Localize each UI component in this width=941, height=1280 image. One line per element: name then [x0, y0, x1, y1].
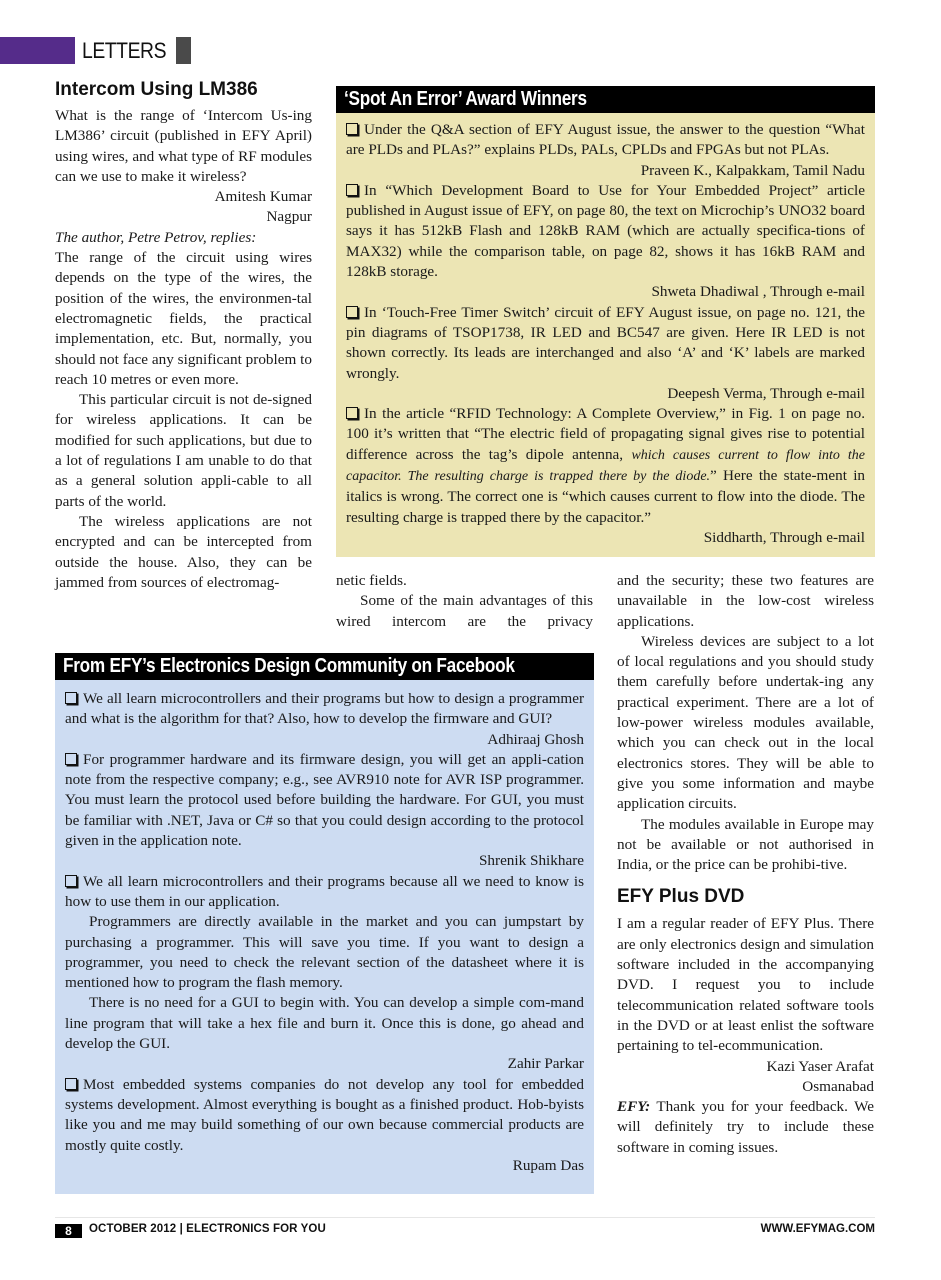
- intercom-continuation-middle: netic fields. Some of the main advantage…: [336, 571, 593, 632]
- spot-error-signature: Shweta Dhadiwal , Through e-mail: [346, 282, 865, 302]
- spot-error-signature: Deepesh Verma, Through e-mail: [346, 384, 865, 404]
- spot-error-item: In the article “RFID Technology: A Compl…: [346, 404, 865, 528]
- spot-error-item: In “Which Development Board to Use for Y…: [346, 181, 865, 282]
- efy-plus-heading: EFY Plus DVD: [617, 885, 874, 909]
- facebook-community-box: From EFY’s Electronics Design Community …: [55, 653, 594, 1194]
- intercom-reply-paragraph-4: Some of the main advantages of this wire…: [336, 591, 593, 632]
- spot-error-signature: Siddharth, Through e-mail: [346, 528, 865, 548]
- spot-an-error-box: ‘Spot An Error’ Award Winners Under the …: [336, 86, 875, 557]
- spot-error-signature: Praveen K., Kalpakkam, Tamil Nadu: [346, 161, 865, 181]
- checkbox-bullet-icon: [65, 1078, 77, 1090]
- checkbox-bullet-icon: [346, 306, 358, 318]
- footer-website[interactable]: WWW.EFYMAG.COM: [761, 1223, 875, 1235]
- efy-plus-letter: I am a regular reader of EFY Plus. There…: [617, 914, 874, 1056]
- facebook-post-signature: Adhiraaj Ghosh: [65, 730, 584, 750]
- efy-reply-label: EFY:: [617, 1098, 650, 1115]
- intercom-reply-intro: The author, Petre Petrov, replies:: [55, 228, 312, 248]
- intercom-question: What is the range of ‘Intercom Us-ing LM…: [55, 106, 312, 187]
- page-number: 8: [55, 1224, 82, 1238]
- footer-divider: [55, 1217, 875, 1218]
- checkbox-bullet-icon: [346, 123, 358, 135]
- intercom-reply-paragraph-1: The range of the circuit using wires dep…: [55, 248, 312, 390]
- checkbox-bullet-icon: [65, 692, 77, 704]
- spot-an-error-heading: ‘Spot An Error’ Award Winners: [336, 86, 875, 113]
- facebook-post-signature: Shrenik Shikhare: [65, 851, 584, 871]
- facebook-post-paragraph: There is no need for a GUI to begin with…: [65, 993, 584, 1054]
- footer-issue: OCTOBER 2012 | ELECTRONICS FOR YOU: [89, 1223, 326, 1235]
- facebook-post-signature: Rupam Das: [65, 1156, 584, 1176]
- facebook-post: For programmer hardware and its firmware…: [65, 750, 584, 851]
- intercom-reply-paragraph-6: The modules available in Europe may not …: [617, 815, 874, 876]
- checkbox-bullet-icon: [346, 184, 358, 196]
- facebook-post: Most embedded systems companies do not d…: [65, 1075, 584, 1156]
- section-end-block: [176, 37, 191, 64]
- efy-plus-author-city: Osmanabad: [617, 1077, 874, 1097]
- spot-error-item: In ‘Touch-Free Timer Switch’ circuit of …: [346, 303, 865, 384]
- efy-plus-author-name: Kazi Yaser Arafat: [617, 1057, 874, 1077]
- intercom-author-city: Nagpur: [55, 207, 312, 227]
- intercom-reply-paragraph-5: Wireless devices are subject to a lot of…: [617, 632, 874, 815]
- intercom-heading: Intercom Using LM386: [55, 78, 312, 102]
- checkbox-bullet-icon: [65, 753, 77, 765]
- intercom-reply-paragraph-3: The wireless applications are not encryp…: [55, 512, 312, 593]
- facebook-post: We all learn microcontrollers and their …: [65, 872, 584, 913]
- checkbox-bullet-icon: [346, 407, 358, 419]
- right-column: and the security; these two features are…: [617, 571, 874, 1158]
- facebook-community-heading: From EFY’s Electronics Design Community …: [55, 653, 594, 680]
- intercom-reply-paragraph-3-end: netic fields.: [336, 571, 593, 591]
- section-label: LETTERS: [82, 38, 166, 64]
- facebook-post-signature: Zahir Parkar: [65, 1054, 584, 1074]
- intercom-author-name: Amitesh Kumar: [55, 187, 312, 207]
- efy-plus-reply: EFY: Thank you for your feedback. We wil…: [617, 1097, 874, 1158]
- facebook-post-paragraph: Programmers are directly available in th…: [65, 912, 584, 993]
- checkbox-bullet-icon: [65, 875, 77, 887]
- facebook-post: We all learn microcontrollers and their …: [65, 689, 584, 730]
- intercom-reply-paragraph-2: This particular circuit is not de-signed…: [55, 390, 312, 512]
- spot-error-item: Under the Q&A section of EFY August issu…: [346, 120, 865, 161]
- intercom-reply-paragraph-4-end: and the security; these two features are…: [617, 571, 874, 632]
- intercom-letter-column: Intercom Using LM386 What is the range o…: [55, 78, 312, 593]
- section-accent-bar: [0, 37, 75, 64]
